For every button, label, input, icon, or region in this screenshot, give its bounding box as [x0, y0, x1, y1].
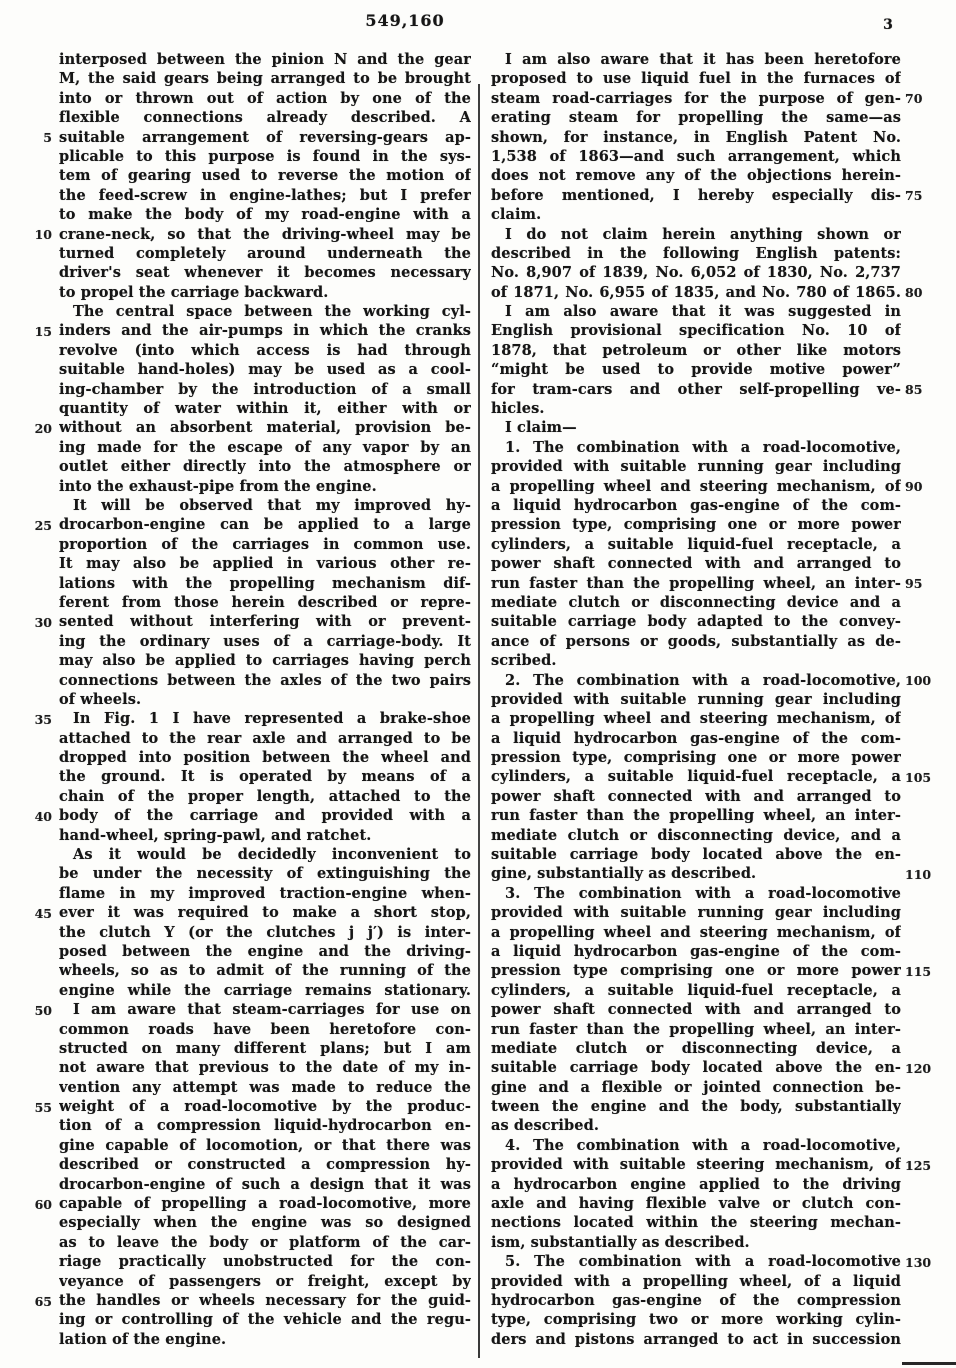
right-column: I am also aware that it has been heretof… [491, 50, 901, 1349]
margin-line-number: 10 [18, 225, 52, 244]
text-line: suitable hand-holes) may be used as a co… [59, 360, 471, 379]
text-line: I do not claim herein anything shown or [491, 225, 901, 244]
text-line: type, comprising two or more working cyl… [491, 1310, 901, 1329]
text-line: structed on many different plans; but I … [59, 1039, 471, 1058]
text-line: ance of persons or goods, substantially … [491, 632, 901, 651]
margin-line-number: 120 [905, 1059, 941, 1078]
text-line: wheels, so as to admit of the running of… [59, 961, 471, 980]
text-line: suitable carriage body located above the… [491, 1058, 901, 1077]
text-line: lations with the propelling mechanism di… [59, 574, 471, 593]
text-line: 1,538 of 1863—and such arrangement, whic… [491, 147, 901, 166]
text-line: suitable carriage body adapted to the co… [491, 612, 901, 631]
margin-line-number: 75 [905, 186, 941, 205]
margin-line-number: 5 [18, 128, 52, 147]
text-line: for tram-cars and other self-propelling … [491, 380, 901, 399]
text-line: cylinders, a suitable liquid-fuel recept… [491, 767, 901, 786]
text-line: hydrocarbon gas-engine of the compressio… [491, 1291, 901, 1310]
text-line: inders and the air-pumps in which the cr… [59, 321, 471, 340]
text-line: ders and pistons arranged to act in succ… [491, 1330, 901, 1349]
text-line: I am also aware that it has been heretof… [491, 50, 901, 69]
margin-line-number: 45 [18, 904, 52, 923]
text-line: “might be used to provide motive power” [491, 360, 901, 379]
text-line: shown, for instance, in English Patent N… [491, 128, 901, 147]
margin-line-number: 125 [905, 1156, 941, 1175]
text-line: English provisional specification No. 10… [491, 321, 901, 340]
text-line: claim. [491, 205, 901, 224]
text-line: M, the said gears being arranged to be b… [59, 69, 471, 88]
text-line: of wheels. [59, 690, 471, 709]
margin-line-number: 115 [905, 962, 941, 981]
text-line: engine while the carriage remains statio… [59, 981, 471, 1000]
text-line: 3. The combination with a road-locomotiv… [491, 884, 901, 903]
text-line: ing the ordinary uses of a carriage-body… [59, 632, 471, 651]
text-line: I am aware that steam-carriages for use … [59, 1000, 471, 1019]
text-line: described or constructed a compression h… [59, 1155, 471, 1174]
text-line: provided with suitable running gear incl… [491, 457, 901, 476]
text-line: power shaft connected with and arranged … [491, 554, 901, 573]
text-line: 1. The combination with a road-locomotiv… [491, 438, 901, 457]
text-line: power shaft connected with and arranged … [491, 1000, 901, 1019]
text-line: axle and having flexible valve or clutch… [491, 1194, 901, 1213]
text-line: suitable arrangement of reversing-gears … [59, 128, 471, 147]
text-line: weight of a road-locomotive by the produ… [59, 1097, 471, 1116]
text-line: a propelling wheel and steering mechanis… [491, 477, 901, 496]
text-line: capable of propelling a road-locomotive,… [59, 1194, 471, 1213]
margin-line-number: 20 [18, 419, 52, 438]
text-line: of 1871, No. 6,955 of 1835, and No. 780 … [491, 283, 901, 302]
text-line: tion of a compression liquid-hydrocarbon… [59, 1116, 471, 1135]
text-line: It will be observed that my improved hy- [59, 496, 471, 515]
text-line: ferent from those herein described or re… [59, 593, 471, 612]
text-line: flexible connections already described. … [59, 108, 471, 127]
text-line: revolve (into which access is had throug… [59, 341, 471, 360]
text-line: run faster than the propelling wheel, an… [491, 806, 901, 825]
text-line: flame in my improved traction-engine whe… [59, 884, 471, 903]
text-line: quantity of water within it, either with… [59, 399, 471, 418]
text-line: veyance of passengers or freight, except… [59, 1272, 471, 1291]
margin-line-number: 40 [18, 807, 52, 826]
text-line: cylinders, a suitable liquid-fuel recept… [491, 535, 901, 554]
text-line: ing or controlling of the vehicle and th… [59, 1310, 471, 1329]
text-line: 2. The combination with a road-locomotiv… [491, 671, 901, 690]
text-line: nections located within the steering mec… [491, 1213, 901, 1232]
column-divider-rule [478, 84, 480, 1358]
text-line: interposed between the pinion N and the … [59, 50, 471, 69]
margin-line-number: 100 [905, 671, 941, 690]
text-line: In Fig. 1 I have represented a brake-sho… [59, 709, 471, 728]
text-line: power shaft connected with and arranged … [491, 787, 901, 806]
margin-line-number: 130 [905, 1253, 941, 1272]
text-line: mediate clutch or disconnecting device, … [491, 1039, 901, 1058]
text-line: not aware that previous to the date of m… [59, 1058, 471, 1077]
text-line: run faster than the propelling wheel, an… [491, 1020, 901, 1039]
text-line: provided with suitable steering mechanis… [491, 1155, 901, 1174]
text-line: tween the engine and the body, substanti… [491, 1097, 901, 1116]
margin-line-number: 110 [905, 865, 941, 884]
text-line: provided with suitable running gear incl… [491, 903, 901, 922]
text-line: a liquid hydrocarbon gas-engine of the c… [491, 496, 901, 515]
text-line: lation of the engine. [59, 1330, 471, 1349]
page-number: 3 [878, 17, 898, 33]
text-line: a liquid hydrocarbon gas-engine of the c… [491, 942, 901, 961]
text-line: to propel the carriage backward. [59, 283, 471, 302]
text-line: gine capable of locomotion, or that ther… [59, 1136, 471, 1155]
text-line: may also be applied to carriages having … [59, 651, 471, 670]
text-line: suitable carriage body located above the… [491, 845, 901, 864]
margin-line-number: 90 [905, 477, 941, 496]
text-line: the ground. It is operated by means of a [59, 767, 471, 786]
text-line: without an absorbent material, provision… [59, 418, 471, 437]
margin-line-number: 35 [18, 710, 52, 729]
text-line: I claim— [491, 418, 901, 437]
text-line: ism, substantially as described. [491, 1233, 901, 1252]
text-line: gine, substantially as described. [491, 864, 901, 883]
margin-line-number: 105 [905, 768, 941, 787]
text-line: 1878, that petroleum or other like motor… [491, 341, 901, 360]
text-line: as to leave the body or platform of the … [59, 1233, 471, 1252]
text-line: a liquid hydrocarbon gas-engine of the c… [491, 729, 901, 748]
margin-line-number: 25 [18, 516, 52, 535]
text-line: As it would be decidedly inconvenient to [59, 845, 471, 864]
text-line: provided with a propelling wheel, of a l… [491, 1272, 901, 1291]
text-line: posed between the engine and the driving… [59, 942, 471, 961]
margin-line-number: 60 [18, 1195, 52, 1214]
text-line: ing-chamber by the introduction of a sma… [59, 380, 471, 399]
text-line: vention any attempt was made to reduce t… [59, 1078, 471, 1097]
text-line: a propelling wheel and steering mechanis… [491, 923, 901, 942]
text-line: especially when the engine was so design… [59, 1213, 471, 1232]
text-line: to make the body of my road-engine with … [59, 205, 471, 224]
text-line: cylinders, a suitable liquid-fuel recept… [491, 981, 901, 1000]
text-line: No. 8,907 of 1839, No. 6,052 of 1830, No… [491, 263, 901, 282]
text-line: The central space between the working cy… [59, 302, 471, 321]
text-line: pression type comprising one or more pow… [491, 961, 901, 980]
text-line: chain of the proper length, attached to … [59, 787, 471, 806]
text-line: into or thrown out of action by one of t… [59, 89, 471, 108]
patent-page: 549,160 3 5101520253035404550556065 inte… [0, 0, 956, 1368]
text-line: drocarbon-engine can be applied to a lar… [59, 515, 471, 534]
margin-line-number: 70 [905, 89, 941, 108]
text-line: described in the following English paten… [491, 244, 901, 263]
text-line: into the exhaust-pipe from the engine. [59, 477, 471, 496]
text-line: proposed to use liquid fuel in the furna… [491, 69, 901, 88]
text-line: a hydrocarbon engine applied to the driv… [491, 1175, 901, 1194]
text-line: body of the carriage and provided with a [59, 806, 471, 825]
margin-line-number: 30 [18, 613, 52, 632]
margin-line-number: 95 [905, 574, 941, 593]
text-line: dropped into position between the wheel … [59, 748, 471, 767]
text-line: outlet either directly into the atmosphe… [59, 457, 471, 476]
text-line: plicable to this purpose is found in the… [59, 147, 471, 166]
text-line: the clutch Y (or the clutches j j′) is i… [59, 923, 471, 942]
margin-line-number: 85 [905, 380, 941, 399]
text-line: drocarbon-engine of such a design that i… [59, 1175, 471, 1194]
text-line: provided with suitable running gear incl… [491, 690, 901, 709]
text-line: riage practically unobstructed for the c… [59, 1252, 471, 1271]
margin-line-number: 50 [18, 1001, 52, 1020]
scan-artifact-line [902, 1362, 956, 1365]
text-line: mediate clutch or disconnecting device a… [491, 593, 901, 612]
text-line: scribed. [491, 651, 901, 670]
margin-line-number: 80 [905, 283, 941, 302]
text-line: crane-neck, so that the driving-wheel ma… [59, 225, 471, 244]
text-line: steam road-carriages for the purpose of … [491, 89, 901, 108]
text-line: a propelling wheel and steering mechanis… [491, 709, 901, 728]
text-line: before mentioned, I hereby especially di… [491, 186, 901, 205]
text-line: mediate clutch or disconnecting device, … [491, 826, 901, 845]
text-line: as described. [491, 1116, 901, 1135]
text-line: pression type, comprising one or more po… [491, 515, 901, 534]
text-line: proportion of the carriages in common us… [59, 535, 471, 554]
margin-line-number: 15 [18, 322, 52, 341]
text-line: turned completely around underneath the [59, 244, 471, 263]
text-line: erating steam for propelling the same—as [491, 108, 901, 127]
text-line: 5. The combination with a road-locomotiv… [491, 1252, 901, 1271]
left-margin-line-numbers: 5101520253035404550556065 [18, 50, 52, 1354]
right-margin-line-numbers: 707580859095100105110115120125130 [905, 50, 941, 1354]
text-line: ever it was required to make a short sto… [59, 903, 471, 922]
text-line: hicles. [491, 399, 901, 418]
text-line: connections between the axles of the two… [59, 671, 471, 690]
text-line: It may also be applied in various other … [59, 554, 471, 573]
text-line: tem of gearing used to reverse the motio… [59, 166, 471, 185]
patent-number: 549,160 [330, 11, 480, 30]
text-line: ing made for the escape of any vapor by … [59, 438, 471, 457]
margin-line-number: 55 [18, 1098, 52, 1117]
text-line: 4. The combination with a road-locomotiv… [491, 1136, 901, 1155]
text-line: common roads have been heretofore con- [59, 1020, 471, 1039]
text-line: hand-wheel, spring-pawl, and ratchet. [59, 826, 471, 845]
text-line: does not remove any of the objections he… [491, 166, 901, 185]
text-line: be under the necessity of extinguishing … [59, 864, 471, 883]
text-line: the feed-screw in engine-lathes; but I p… [59, 186, 471, 205]
text-line: attached to the rear axle and arranged t… [59, 729, 471, 748]
text-line: gine and a flexible or jointed connectio… [491, 1078, 901, 1097]
text-line: I am also aware that it was suggested in [491, 302, 901, 321]
text-line: pression type, comprising one or more po… [491, 748, 901, 767]
text-line: sented without interfering with or preve… [59, 612, 471, 631]
margin-line-number: 65 [18, 1292, 52, 1311]
left-column: interposed between the pinion N and the … [59, 50, 471, 1349]
text-line: run faster than the propelling wheel, an… [491, 574, 901, 593]
text-line: driver's seat whenever it becomes necess… [59, 263, 471, 282]
text-line: the handles or wheels necessary for the … [59, 1291, 471, 1310]
